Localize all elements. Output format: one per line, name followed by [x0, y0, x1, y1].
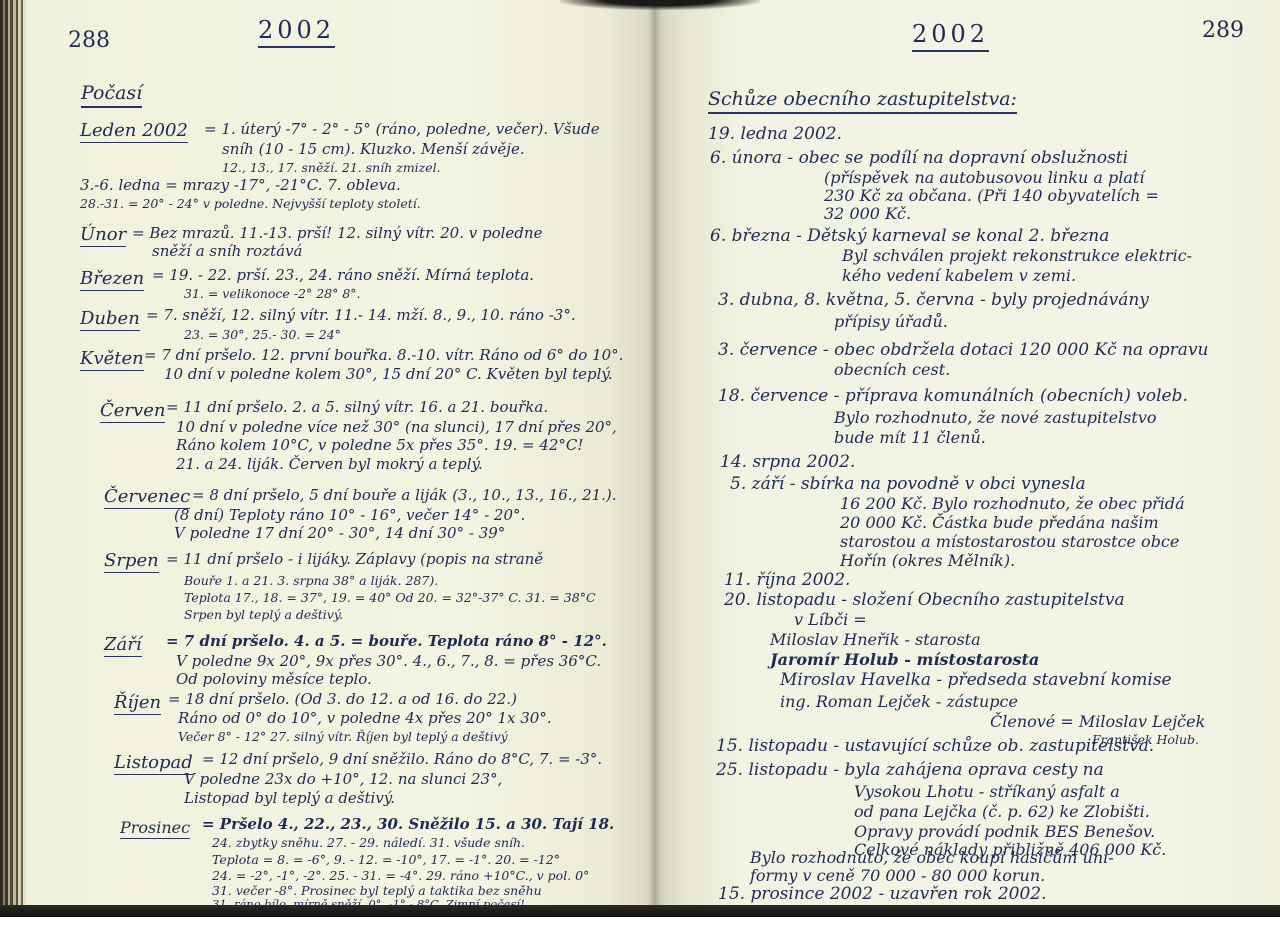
- entry-line: = 19. - 22. prší. 23., 24. ráno sněží. M…: [152, 266, 534, 284]
- entry-line: V poledne 9x 20°, 9x přes 30°. 4., 6., 7…: [176, 652, 601, 670]
- entry-line: 11. října 2002.: [724, 570, 850, 590]
- entry-line: Od poloviny měsíce teplo.: [176, 670, 372, 688]
- council-member-representative: ing. Roman Lejček - zástupce: [780, 692, 1018, 711]
- book-bottom-edge: [0, 905, 1280, 917]
- entry-line: (8 dní) Teploty ráno 10° - 16°, večer 14…: [174, 506, 525, 524]
- entry-line: sněží a sníh roztává: [152, 242, 303, 260]
- entry-line: 12., 13., 17. sněží. 21. sníh zmizel.: [222, 160, 441, 175]
- section-heading-weather: Počasí: [81, 82, 142, 108]
- entry-line: = 7 dní pršelo. 12. první bouřka. 8.-10.…: [144, 346, 623, 364]
- entry-line: 3. července - obec obdržela dotaci 120 0…: [718, 340, 1209, 360]
- entry-line: 3.-6. ledna = mrazy -17°, -21°C. 7. oble…: [80, 176, 401, 194]
- entry-line: formy v ceně 70 000 - 80 000 korun.: [750, 866, 1045, 885]
- entry-line: Srpen byl teplý a deštivý.: [184, 607, 343, 622]
- council-member-building-committee: Miroslav Havelka - předseda stavební kom…: [780, 670, 1172, 690]
- entry-line: = 18 dní pršelo. (Od 3. do 12. a od 16. …: [168, 690, 517, 708]
- entry-line: 14. srpna 2002.: [720, 452, 855, 472]
- entry-line: 18. července - příprava komunálních (obe…: [718, 386, 1188, 406]
- entry-line: 230 Kč za občana. (Při 140 obyvatelích =: [824, 186, 1159, 205]
- entry-line: Ráno od 0° do 10°, v poledne 4x přes 20°…: [178, 709, 552, 727]
- page-year: 2002: [912, 20, 989, 52]
- entry-line: 19. ledna 2002.: [708, 124, 842, 144]
- entry-line: Opravy provádí podnik BES Benešov.: [854, 822, 1155, 841]
- entry-line: 15. listopadu - ustavující schůze ob. za…: [716, 736, 1154, 756]
- entry-line: 5. září - sbírka na povodně v obci vynes…: [730, 474, 1086, 494]
- entry-line: starostou a místostarostou starostce obc…: [840, 532, 1179, 551]
- month-label-february: Únor: [80, 224, 126, 247]
- right-page: 2002 289 Schůze obecního zastupitelstva:…: [654, 0, 1280, 915]
- entry-line: = Pršelo 4., 22., 23., 30. Sněžilo 15. a…: [202, 815, 614, 833]
- entry-line: Hořín (okres Mělník).: [840, 551, 1015, 570]
- entry-line: 25. listopadu - byla zahájena oprava ces…: [716, 760, 1104, 780]
- entry-line: 6. března - Dětský karneval se konal 2. …: [710, 226, 1109, 246]
- month-label-december: Prosinec: [120, 818, 190, 839]
- page-year: 2002: [258, 16, 335, 48]
- entry-line: = 11 dní pršelo. 2. a 5. silný vítr. 16.…: [166, 398, 548, 416]
- entry-line: V poledne 23x do +10°, 12. na slunci 23°…: [184, 770, 502, 788]
- month-label-october: Říjen: [114, 692, 161, 715]
- entry-line: = 8 dní pršelo, 5 dní bouře a liják (3.,…: [192, 486, 617, 504]
- entry-line: 23. = 30°, 25.- 30. = 24°: [184, 327, 341, 342]
- entry-line: Bylo rozhodnuto, že nové zastupitelstvo: [834, 408, 1156, 427]
- entry-line: 6. února - obec se podílí na dopravní ob…: [710, 148, 1128, 168]
- month-label-september: Září: [104, 634, 142, 657]
- entry-line: 31. večer -8°. Prosinec byl teplý a takt…: [212, 883, 542, 898]
- entry-line: = 12 dní pršelo, 9 dní sněžilo. Ráno do …: [202, 750, 602, 768]
- entry-line: sníh (10 - 15 cm). Kluzko. Menší závěje.: [222, 140, 525, 158]
- entry-line: kého vedení kabelem v zemi.: [842, 266, 1076, 285]
- open-chronicle-book: 288 2002 Počasí Leden 2002 = 1. úterý -7…: [0, 0, 1280, 915]
- entry-line: Listopad byl teplý a deštivý.: [184, 789, 395, 807]
- section-heading-council-meetings: Schůze obecního zastupitelstva:: [708, 88, 1017, 114]
- month-label-may: Květen: [80, 348, 144, 371]
- entry-line: 32 000 Kč.: [824, 204, 911, 223]
- entry-line: 15. prosince 2002 - uzavřen rok 2002.: [718, 884, 1047, 904]
- entry-line: (příspěvek na autobusovou linku a platí: [824, 168, 1144, 187]
- entry-line: = 11 dní pršelo - i lijáky. Záplavy (pop…: [166, 550, 543, 568]
- left-page: 288 2002 Počasí Leden 2002 = 1. úterý -7…: [26, 0, 654, 915]
- entry-line: v Líbči =: [794, 610, 867, 629]
- entry-line: Ráno kolem 10°C, v poledne 5x přes 35°. …: [176, 436, 583, 454]
- page-number: 288: [68, 28, 110, 53]
- entry-line: Teplota = 8. = -6°, 9. - 12. = -10°, 17.…: [212, 852, 560, 867]
- month-label-january: Leden 2002: [80, 120, 188, 143]
- entry-line: Teplota 17., 18. = 37°, 19. = 40° Od 20.…: [184, 590, 596, 605]
- entry-line: 10 dní v poledne kolem 30°, 15 dní 20° C…: [164, 365, 613, 383]
- entry-line: přípisy úřadů.: [834, 312, 948, 331]
- entry-line: = 7. sněží, 12. silný vítr. 11.- 14. mží…: [146, 306, 576, 324]
- book-binding-edge: [0, 0, 26, 915]
- entry-line: 24. = -2°, -1°, -2°. 25. - 31. = -4°. 29…: [212, 868, 589, 883]
- entry-line: bude mít 11 členů.: [834, 428, 986, 447]
- entry-line: 3. dubna, 8. května, 5. června - byly pr…: [718, 290, 1149, 310]
- entry-line: Vysokou Lhotu - stříkaný asfalt a: [854, 782, 1120, 801]
- entry-line: 31. = velikonoce -2° 28° 8°.: [184, 286, 361, 301]
- month-label-june: Červen: [100, 400, 165, 423]
- entry-line: Bouře 1. a 21. 3. srpna 38° a liják. 287…: [184, 573, 438, 588]
- council-member-deputy-mayor: Jaromír Holub - místostarosta: [770, 650, 1039, 669]
- entry-line: 24. zbytky sněhu. 27. - 29. náledí. 31. …: [212, 835, 525, 850]
- entry-line: 20. listopadu - složení Obecního zastupi…: [724, 590, 1125, 610]
- entry-line: 28.-31. = 20° - 24° v poledne. Nejvyšší …: [80, 196, 421, 211]
- entry-line: od pana Lejčka (č. p. 62) ke Zlobišti.: [854, 802, 1150, 821]
- entry-line: Večer 8° - 12° 27. silný vítr. Říjen byl…: [178, 729, 508, 744]
- month-label-april: Duben: [80, 308, 140, 331]
- month-label-march: Březen: [80, 268, 144, 291]
- entry-line: 16 200 Kč. Bylo rozhodnuto, že obec přid…: [840, 494, 1185, 513]
- entry-line: 21. a 24. liják. Červen byl mokrý a tepl…: [176, 455, 483, 473]
- entry-line: = 1. úterý -7° - 2° - 5° (ráno, poledne,…: [204, 120, 600, 138]
- entry-line: = Bez mrazů. 11.-13. prší! 12. silný vít…: [132, 224, 542, 242]
- background-strip: [0, 917, 1280, 927]
- page-number: 289: [1202, 18, 1244, 43]
- entry-line: = 7 dní pršelo. 4. a 5. = bouře. Teplota…: [166, 632, 607, 650]
- entry-line: Bylo rozhodnuto, že obec koupí hasičům u…: [750, 848, 1114, 867]
- council-members-list: Členové = Miloslav Lejček: [990, 712, 1205, 731]
- month-label-november: Listopad: [114, 752, 193, 775]
- entry-line: V poledne 17 dní 20° - 30°, 14 dní 30° -…: [174, 524, 505, 542]
- book-spine: [648, 0, 662, 915]
- council-member-mayor: Miloslav Hneřik - starosta: [770, 630, 981, 649]
- entry-line: 10 dní v poledne více než 30° (na slunci…: [176, 418, 617, 436]
- spine-top-shadow: [560, 0, 760, 10]
- entry-line: obecních cest.: [834, 360, 950, 379]
- entry-line: Byl schválen projekt rekonstrukce elektr…: [842, 246, 1192, 265]
- entry-line: 20 000 Kč. Částka bude předána našim: [840, 513, 1159, 532]
- month-label-august: Srpen: [104, 550, 159, 573]
